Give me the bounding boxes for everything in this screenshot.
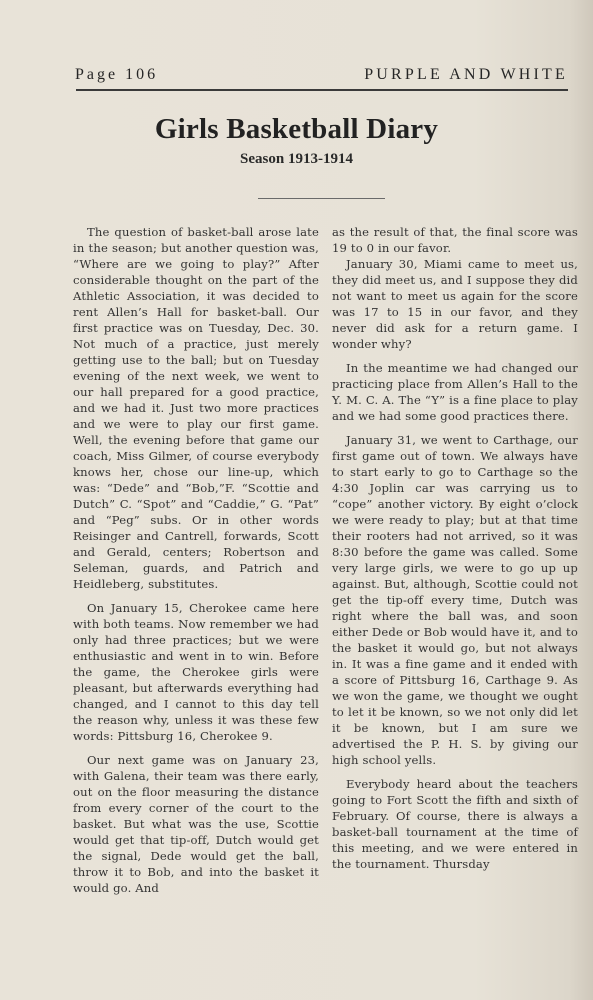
paragraph: as the result of that, the final score w… (332, 224, 578, 256)
running-header: Page 106 PURPLE AND WHITE (75, 66, 568, 88)
article-title: Girls Basketball Diary (0, 113, 593, 146)
paragraph: January 31, we went to Carthage, our fir… (332, 432, 578, 768)
title-divider (258, 198, 385, 199)
right-column: as the result of that, the final score w… (332, 224, 578, 872)
paragraph: January 30, Miami came to meet us, they … (332, 256, 578, 352)
header-rule (76, 89, 568, 91)
publication-title: PURPLE AND WHITE (364, 66, 568, 84)
scanned-page: Page 106 PURPLE AND WHITE Girls Basketba… (0, 0, 593, 1000)
paragraph: The question of basket-ball arose late i… (73, 224, 319, 592)
paragraph: On January 15, Cherokee came here with b… (73, 600, 319, 744)
page-number: Page 106 (75, 66, 158, 84)
paragraph: In the meantime we had changed our pract… (332, 360, 578, 424)
paragraph: Our next game was on January 23, with Ga… (73, 752, 319, 896)
left-column: The question of basket-ball arose late i… (73, 224, 319, 896)
article-subtitle: Season 1913-1914 (0, 151, 593, 168)
paragraph: Everybody heard about the teachers going… (332, 776, 578, 872)
